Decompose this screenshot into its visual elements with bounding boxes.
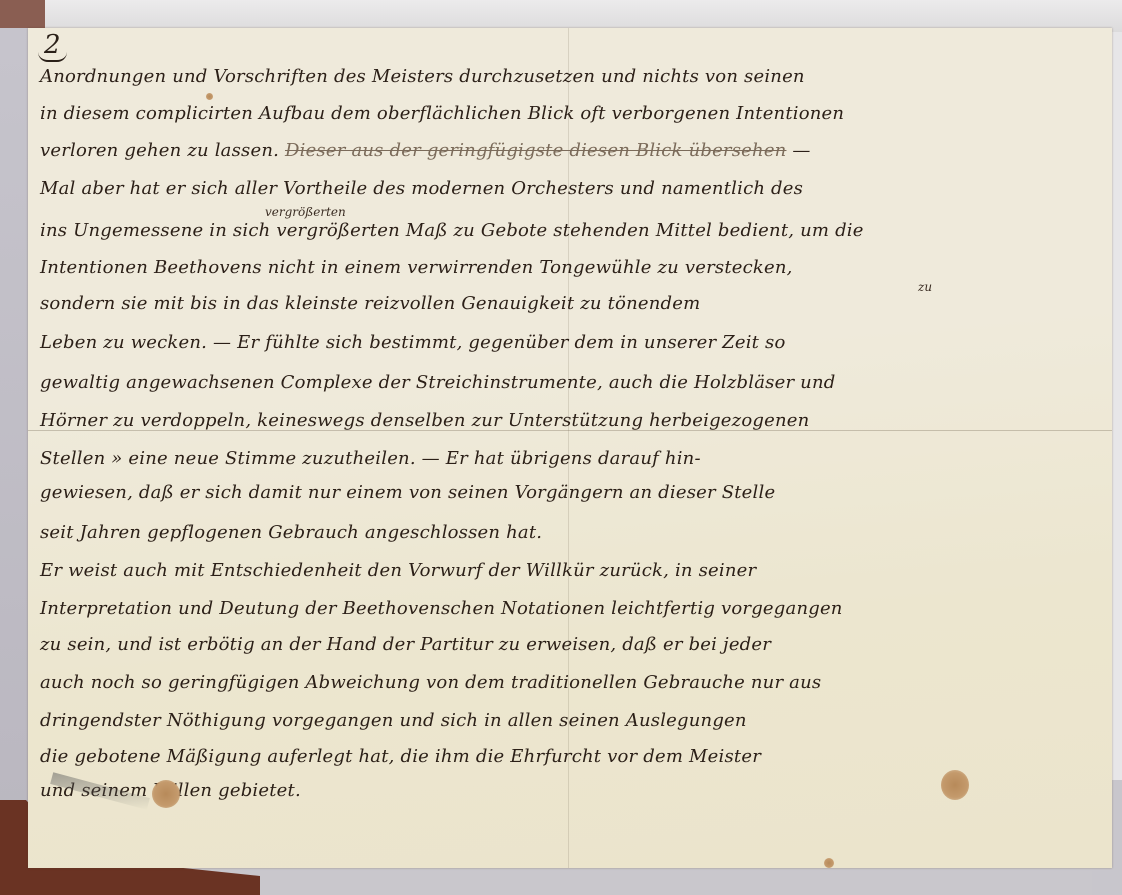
manuscript-line: dringendster Nöthigung vorgegangen und s… (40, 710, 747, 731)
interlinear-insertion: zu (918, 280, 932, 294)
manuscript-line: Stellen » eine neue Stimme zuzutheilen. … (40, 448, 701, 469)
background-right (1112, 32, 1122, 895)
manuscript-line: Interpretation und Deutung der Beethoven… (40, 598, 843, 619)
manuscript-line: Anordnungen und Vorschriften des Meister… (40, 66, 805, 87)
manuscript-line: die gebotene Mäßigung auferlegt hat, die… (40, 746, 761, 767)
manuscript-line: in diesem complicirten Aufbau dem oberfl… (40, 103, 844, 124)
manuscript-line: Er weist auch mit Entschiedenheit den Vo… (40, 560, 756, 581)
dash: — (792, 140, 810, 161)
manuscript-line: auch noch so geringfügigen Abweichung vo… (40, 672, 821, 693)
ink-stain (941, 770, 969, 800)
background-left (0, 28, 30, 895)
struck-passage: Dieser aus der geringfügigste diesen Bli… (285, 140, 786, 161)
page-number: 2 (38, 30, 67, 62)
manuscript-line: Intentionen Beethovens nicht in einem ve… (40, 257, 793, 278)
manuscript-line: sondern sie mit bis in das kleinste reiz… (40, 293, 700, 314)
line-text: verloren gehen zu lassen. (40, 140, 279, 161)
manuscript-line: verloren gehen zu lassen. Dieser aus der… (40, 140, 811, 161)
interlinear-insertion: vergrößerten (265, 205, 346, 219)
ink-stain (206, 93, 213, 100)
manuscript-line: Hörner zu verdoppeln, keineswegs denselb… (40, 410, 809, 431)
manuscript-line: ins Ungemessene in sich vergrößerten Maß… (40, 220, 864, 241)
background-corner (0, 0, 45, 28)
ink-stain (824, 858, 834, 868)
manuscript-line: Leben zu wecken. — Er fühlte sich bestim… (40, 332, 786, 353)
manuscript-line: seit Jahren gepflogenen Gebrauch angesch… (40, 522, 542, 543)
manuscript-line: zu sein, und ist erbötig an der Hand der… (40, 634, 771, 655)
manuscript-line: gewiesen, daß er sich damit nur einem vo… (40, 482, 775, 503)
ink-stain (152, 780, 180, 808)
manuscript-line: gewaltig angewachsenen Complexe der Stre… (40, 372, 836, 393)
line-text: seit Jahren gepflogenen Gebrauch angesch… (40, 522, 542, 543)
manuscript-line: Mal aber hat er sich aller Vortheile des… (40, 178, 803, 199)
